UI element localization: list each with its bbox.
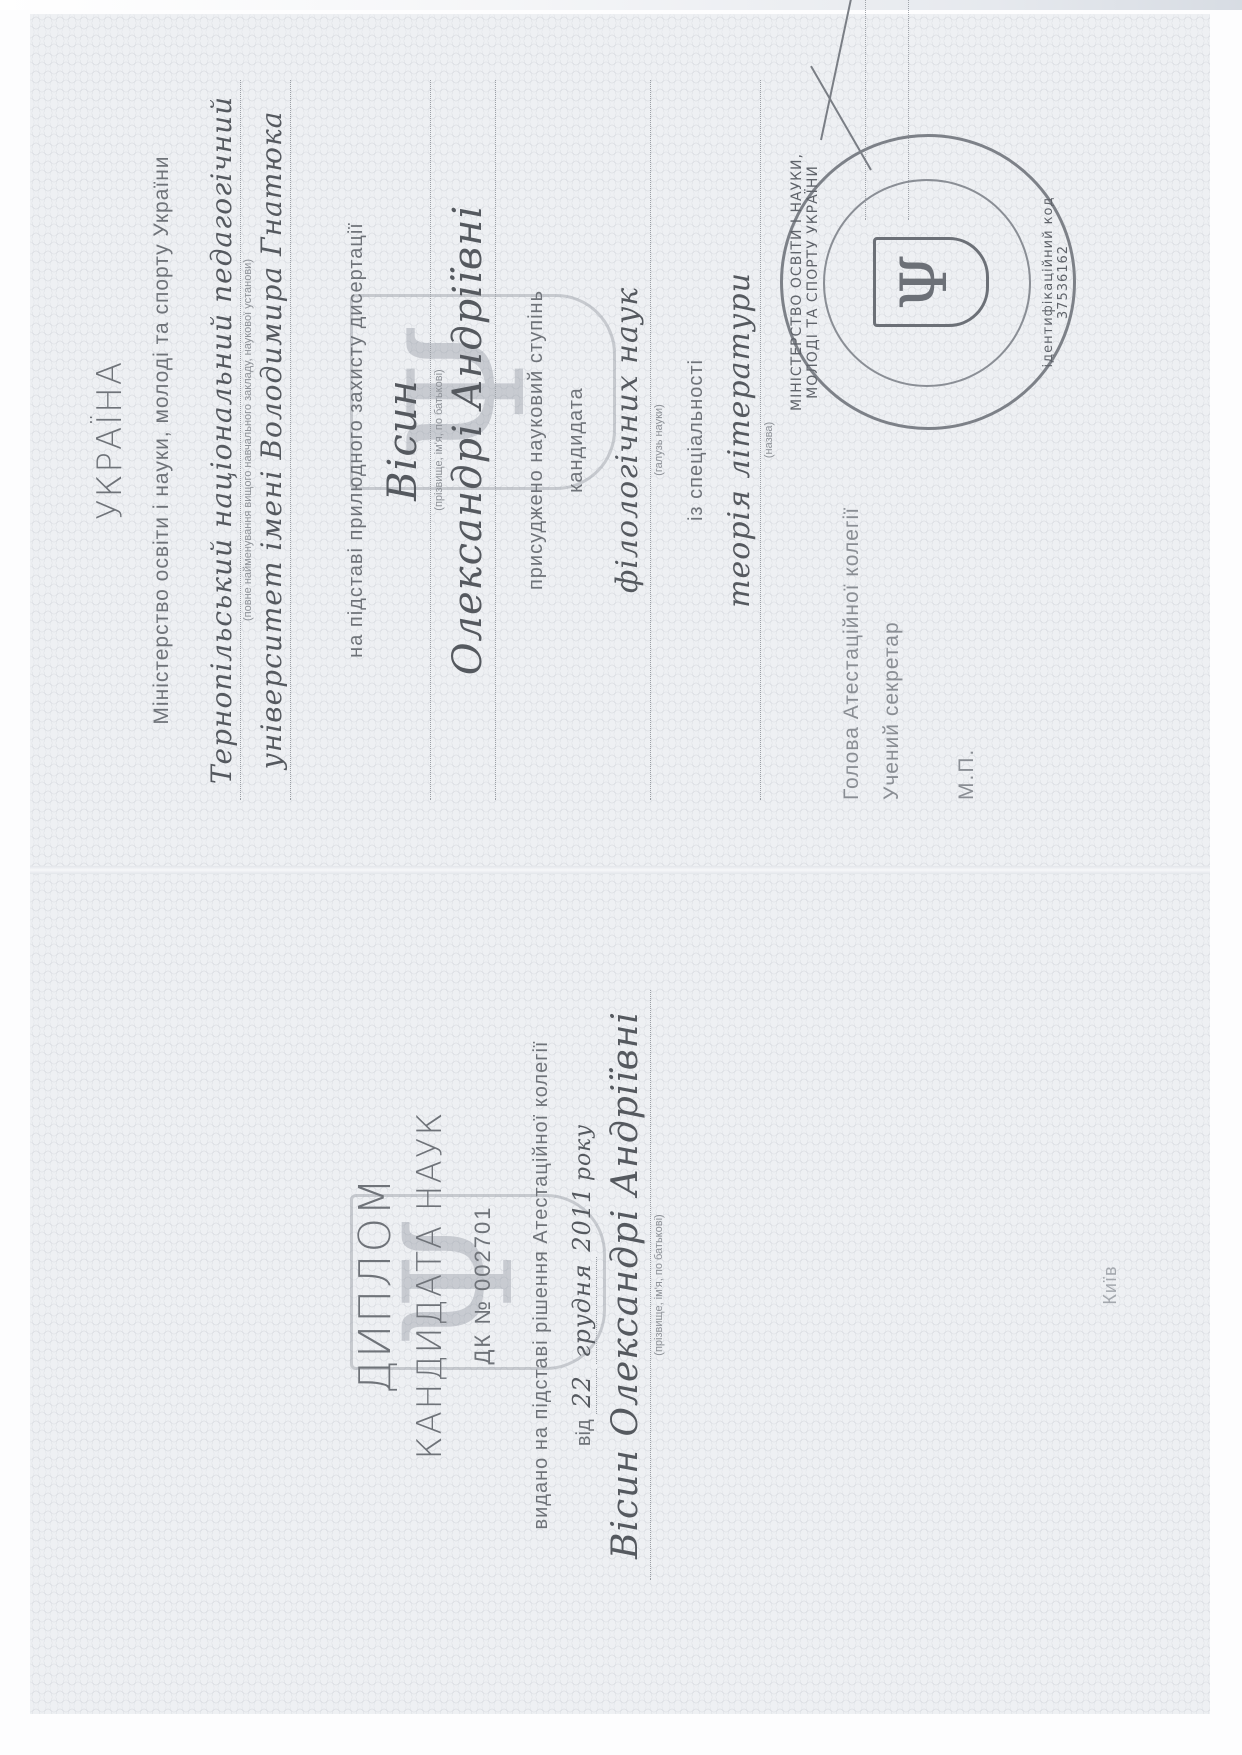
decision-date: від 22 грудня 2011 року bbox=[568, 870, 596, 1700]
dotted-line bbox=[760, 80, 761, 800]
dotted-line bbox=[495, 80, 496, 800]
dotted-line bbox=[290, 80, 291, 800]
diploma-subtitle: КАНДИДАТА НАУК bbox=[410, 870, 450, 1700]
degree-text: кандидата bbox=[565, 20, 588, 860]
dotted-line bbox=[650, 80, 651, 800]
scan-edge bbox=[0, 0, 1242, 10]
basis-text: на підставі прилюдного захисту дисертаці… bbox=[345, 20, 368, 860]
stamp-outer-text: МІНІСТЕРСТВО ОСВІТИ І НАУКИ, МОЛОДІ ТА С… bbox=[789, 147, 821, 417]
diploma-title: ДИПЛОМ bbox=[350, 870, 401, 1700]
field-hint: (галузь науки) bbox=[653, 20, 665, 860]
institution-line-1: Тернопільський національний педагогічний bbox=[205, 20, 238, 860]
dotted-line bbox=[650, 990, 651, 1580]
dotted-line bbox=[240, 80, 241, 800]
specialty-name: теорія літератури bbox=[722, 20, 757, 860]
holder-hint: (прізвище, ім'я, по батькові) bbox=[653, 870, 665, 1700]
diploma-number: ДК № 002701 bbox=[470, 870, 496, 1700]
awarded-text: присуджено науковий ступінь bbox=[525, 20, 548, 860]
date-month: грудня bbox=[568, 1257, 597, 1363]
issued-basis: видано на підставі рішення Атестаційної … bbox=[530, 870, 553, 1700]
date-year: 2011 bbox=[568, 1187, 596, 1252]
holder-surname: Вісин bbox=[380, 20, 426, 860]
handwritten-signature bbox=[820, 0, 884, 140]
specialty-label: із спеціальності bbox=[685, 20, 708, 860]
institution-hint: (повне найменування вищого навчального з… bbox=[242, 20, 254, 860]
date-day: 22 bbox=[568, 1369, 597, 1414]
secretary-label: Учений секретар bbox=[880, 621, 904, 800]
date-suffix: року bbox=[571, 1124, 596, 1181]
diploma-left-page: ДИПЛОМ КАНДИДАТА НАУК ДК № 002701 видано… bbox=[50, 870, 1190, 1700]
date-prefix: від bbox=[573, 1419, 595, 1446]
city-label: Київ bbox=[1100, 870, 1121, 1700]
trident-icon bbox=[873, 237, 989, 327]
chair-label: Голова Атестаційної колегії bbox=[840, 507, 864, 800]
official-stamp: МІНІСТЕРСТВО ОСВІТИ І НАУКИ, МОЛОДІ ТА С… bbox=[780, 134, 1076, 430]
ministry-name: Міністерство освіти і науки, молоді та с… bbox=[150, 20, 174, 860]
institution-line-2: університет імені Володимира Гнатюка bbox=[255, 20, 288, 860]
diploma-holder: Вісин Олександрі Андріївні bbox=[605, 870, 646, 1700]
specialty-hint: (назва) bbox=[763, 20, 775, 860]
seal-label: М.П. bbox=[955, 748, 979, 800]
name-hint: (прізвище, ім'я, по батькові) bbox=[433, 20, 445, 860]
holder-given-names: Олександрі Андріївні bbox=[445, 20, 491, 860]
dotted-line bbox=[430, 80, 431, 800]
country-title: УКРАЇНА bbox=[90, 20, 130, 860]
science-field: філологічних наук bbox=[610, 20, 645, 860]
diploma-right-page: УКРАЇНА Міністерство освіти і науки, мол… bbox=[50, 20, 1190, 860]
stamp-inner-text: ідентифікаційний код 37536162 bbox=[1041, 182, 1071, 382]
